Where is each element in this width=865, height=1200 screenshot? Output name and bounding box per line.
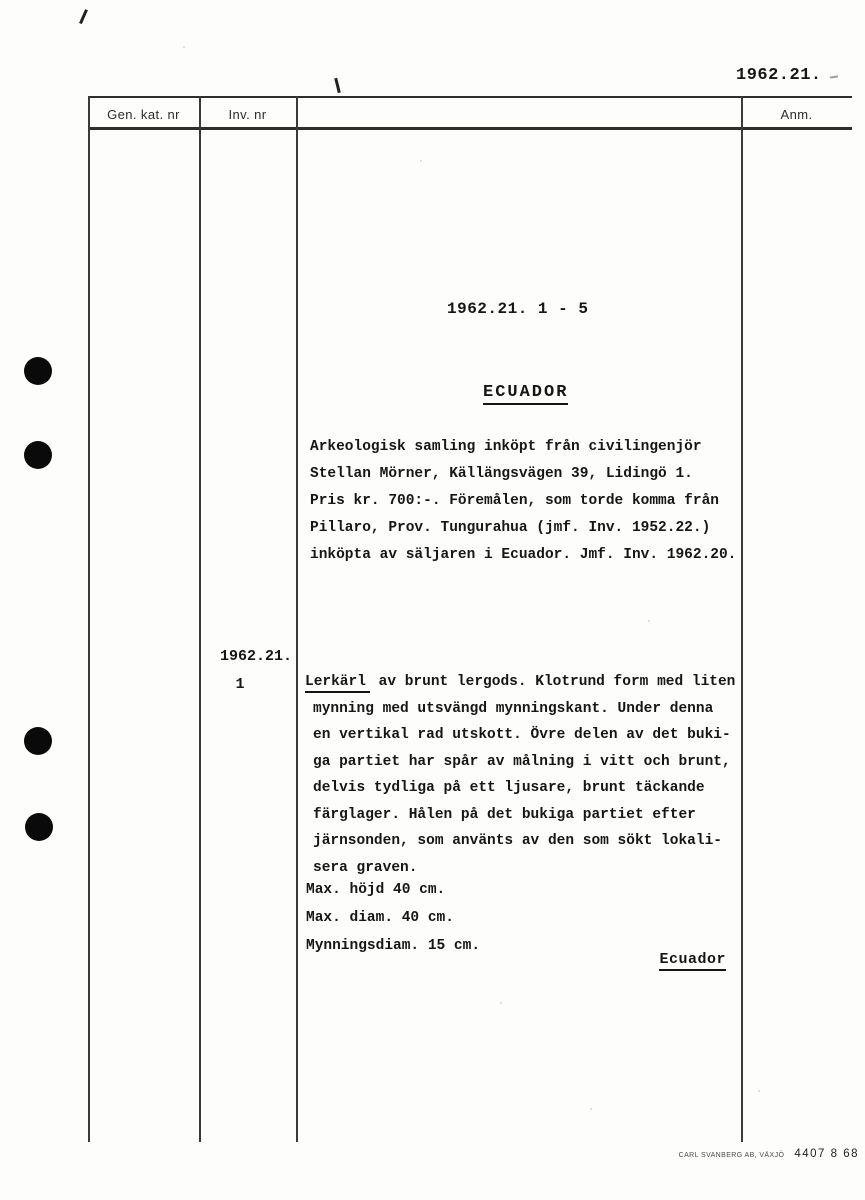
item-description-text: av brunt lergods. Klotrund form med lite… xyxy=(313,674,735,876)
scan-speck xyxy=(500,1002,502,1004)
item-inventory-number: 1 xyxy=(202,676,278,693)
column-header-inv-nr: Inv. nr xyxy=(199,104,296,126)
page-catalog-number: 1962.21. xyxy=(736,62,822,89)
hole-punch-dot xyxy=(24,357,52,385)
hole-punch-dot xyxy=(25,813,53,841)
acquisition-note: Arkeologisk samling inköpt från civiling… xyxy=(310,434,755,569)
scan-speck xyxy=(420,160,422,162)
printer-code: 4407 8 68 xyxy=(794,1148,859,1160)
column-header-anm: Anm. xyxy=(741,104,852,126)
stray-mark xyxy=(79,9,87,24)
item-lead-word: Lerkärl xyxy=(305,674,370,693)
item-description: Lerkärl av brunt lergods. Klotrund form … xyxy=(305,669,763,881)
table-col-rule-3 xyxy=(741,96,743,1142)
stray-mark xyxy=(334,78,340,93)
scan-speck xyxy=(648,620,650,622)
table-top-rule xyxy=(88,96,852,98)
table-col-rule-1 xyxy=(199,96,201,1142)
table-header-rule xyxy=(88,127,852,130)
printer-name: CARL SVANBERG AB, VÄXJÖ xyxy=(679,1152,785,1159)
stray-mark xyxy=(830,75,838,78)
item-measurements: Max. höjd 40 cm. Max. diam. 40 cm. Mynni… xyxy=(306,876,606,960)
item-origin-text: Ecuador xyxy=(659,951,726,971)
item-inventory-year: 1962.21. xyxy=(202,648,292,665)
table-left-rule xyxy=(88,96,90,1142)
entry-range-heading: 1962.21. 1 - 5 xyxy=(447,300,588,318)
printer-imprint: CARL SVANBERG AB, VÄXJÖ 4407 8 68 xyxy=(679,1148,859,1160)
scan-speck xyxy=(590,1108,592,1110)
column-header-gen-kat-nr: Gen. kat. nr xyxy=(88,104,199,126)
table-col-rule-2 xyxy=(296,96,298,1142)
scan-speck xyxy=(183,46,185,48)
country-heading: ECUADOR xyxy=(483,383,568,402)
scanned-ledger-page: 1962.21. Gen. kat. nr Inv. nr Anm. 1962.… xyxy=(0,0,865,1200)
scan-speck xyxy=(758,1090,760,1092)
hole-punch-dot xyxy=(24,727,52,755)
country-heading-text: ECUADOR xyxy=(483,383,568,405)
hole-punch-dot xyxy=(24,441,52,469)
item-origin: Ecuador xyxy=(600,951,726,968)
